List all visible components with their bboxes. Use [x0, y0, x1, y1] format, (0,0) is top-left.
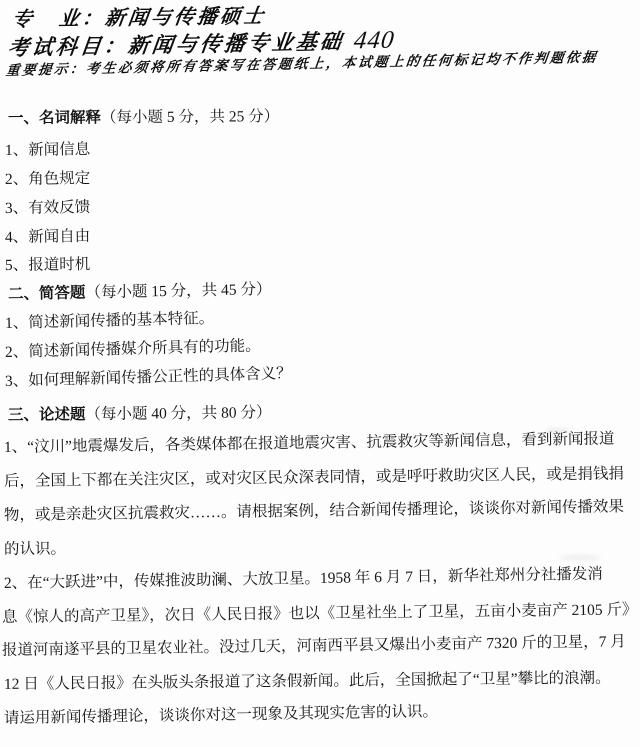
subject-value: 新闻与传播专业基础	[127, 30, 346, 58]
subject-code: 440	[352, 27, 396, 55]
section-3-heading: 三、论述题（每小题 40 分，共 80 分）	[8, 403, 272, 427]
essay-question-2-line-2: 息《惊人的高产卫星》，次日《人民日报》也以《卫星社坐上了卫星，五亩小麦亩产 21…	[2, 600, 638, 629]
section-1-item-4: 4、新闻自由	[5, 227, 91, 249]
essay-question-1-line-3: 物，或是亲赴灾区抗震救灾……。请根据案例，结合新闻传播理论，谈谈你对新闻传播效果	[4, 497, 624, 527]
section-2-heading: 二、简答题（每小题 15 分，共 45 分）	[8, 280, 272, 306]
essay-question-1-line-1: 1、“汶川”地震爆发后，各类媒体都在报道地震灾害、抗震救灾等新闻信息，看到新闻报…	[4, 429, 615, 458]
essay-question-2-line-4: 12 日《人民日报》在头版头条报道了这条假新闻。此后，全国掀起了“卫星”攀比的浪…	[4, 669, 611, 696]
section-1-heading: 一、名词解释（每小题 5 分，共 25 分）	[8, 107, 279, 130]
essay-question-2-line-3: 报道河南遂平县的卫星农业社。没过几天，河南西平县又爆出小麦亩产 7320 斤的卫…	[2, 632, 626, 662]
section-1-title: 一、名词解释	[8, 109, 101, 127]
section-1-item-1: 1、新闻信息	[5, 140, 90, 162]
essay-question-2-line-5: 请运用新闻传播理论，谈谈你对这一现象及其现实危害的认识。	[4, 702, 438, 730]
scan-smudge	[545, 428, 571, 434]
notice-label: 重要提示：	[5, 61, 87, 78]
section-2-item-1: 1、简述新闻传播的基本特征。	[5, 309, 215, 335]
essay-question-1-line-4: 的认识。	[4, 540, 66, 561]
section-3-title: 三、论述题	[8, 406, 86, 424]
section-2-item-2: 2、简述新闻传播媒介所具有的功能。	[5, 336, 261, 364]
section-2-score-note: （每小题 15 分，共 45 分）	[85, 281, 271, 302]
exam-paper-page: 专业：新闻与传播硕士 考试科目：新闻与传播专业基础440 重要提示：考生必须将所…	[0, 0, 640, 747]
section-2-item-3: 3、如何理解新闻传播公正性的具体含义？	[5, 364, 292, 393]
essay-question-1-line-2: 后，全国上下都在关注灾区，或对灾区民众深表同情，或是呼吁救助灾区人民，或是捐钱捐	[4, 464, 624, 492]
section-1-item-2: 2、角色规定	[5, 169, 90, 191]
scan-smudge	[560, 555, 600, 560]
section-1-item-3: 3、有效反馈	[5, 198, 91, 220]
major-label: 专	[11, 9, 37, 31]
subject-label: 考试科目：	[7, 34, 130, 60]
essay-question-2-line-1: 2、在“大跃进”中，传媒推波助澜、大放卫星。1958 年 6 月 7 日，新华社…	[4, 565, 603, 595]
section-2-title: 二、简答题	[8, 285, 86, 303]
section-3-score-note: （每小题 40 分，共 80 分）	[85, 404, 271, 423]
major-label-colon: 业：	[58, 8, 107, 31]
section-1-item-5: 5、报道时机	[5, 255, 90, 277]
section-1-score-note: （每小题 5 分，共 25 分）	[101, 108, 279, 126]
